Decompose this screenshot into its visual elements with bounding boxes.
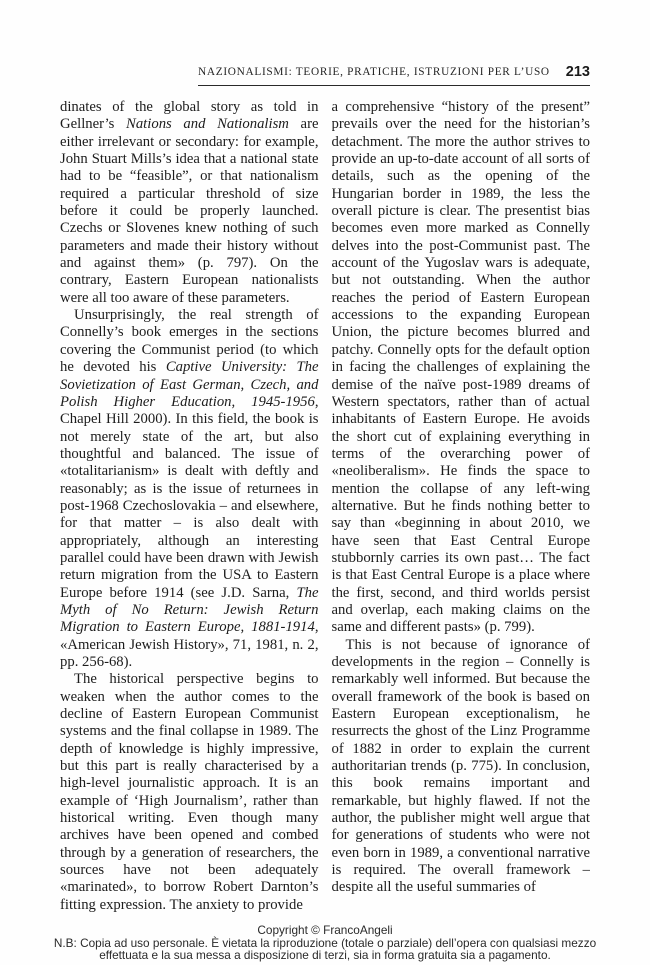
running-header: NAZIONALISMI: TEORIE, PRATICHE, ISTRUZIO… <box>60 0 590 86</box>
paragraph: This is not because of ignorance of deve… <box>332 637 591 897</box>
paragraph: dinates of the global story as told in G… <box>60 99 319 307</box>
usage-notice: N.B: Copia ad uso personale. È vietata l… <box>29 937 621 962</box>
left-column: dinates of the global story as told in G… <box>60 99 319 935</box>
copyright-line: Copyright © FrancoAngeli <box>0 924 650 937</box>
article-body: dinates of the global story as told in G… <box>60 99 590 935</box>
page-number: 213 <box>566 64 590 80</box>
page-footer: Copyright © FrancoAngeli N.B: Copia ad u… <box>0 924 650 962</box>
journal-page: NAZIONALISMI: TEORIE, PRATICHE, ISTRUZIO… <box>0 0 650 965</box>
paragraph: a comprehensive “history of the present”… <box>332 99 591 637</box>
running-header-title: NAZIONALISMI: TEORIE, PRATICHE, ISTRUZIO… <box>198 66 550 78</box>
paragraph: Unsurprisingly, the real strength of Con… <box>60 307 319 671</box>
running-header-rule: NAZIONALISMI: TEORIE, PRATICHE, ISTRUZIO… <box>198 62 590 86</box>
paragraph: The historical perspective begins to wea… <box>60 671 319 914</box>
right-column: a comprehensive “history of the present”… <box>332 99 591 935</box>
